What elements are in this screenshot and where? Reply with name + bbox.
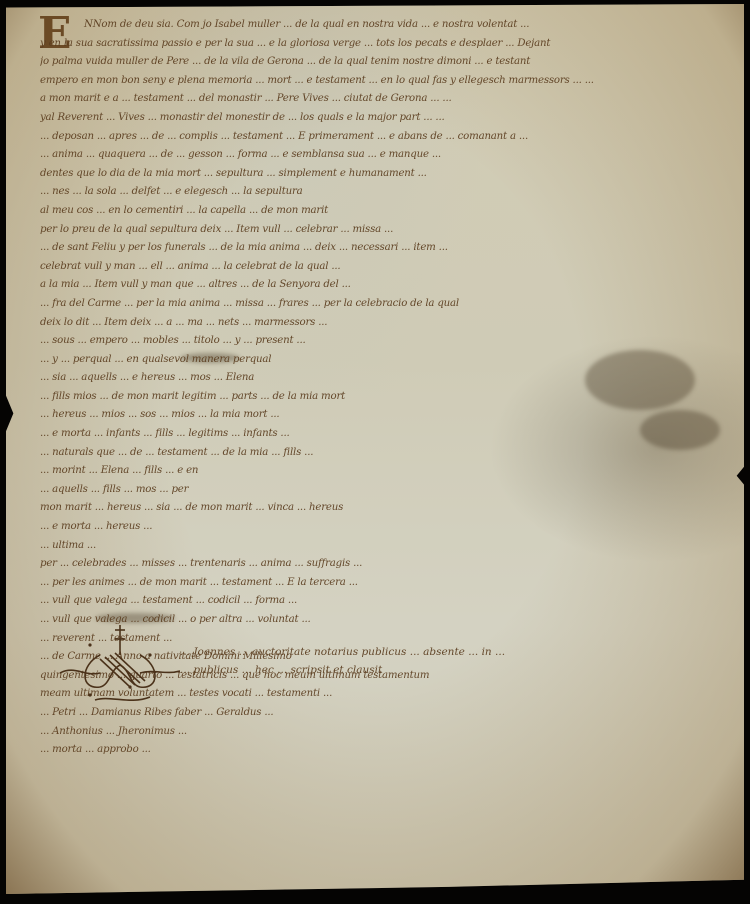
manuscript-line: ... morint ... Elena ... fills ... e en	[40, 462, 720, 481]
manuscript-line: ... Petri ... Damianus Ribes faber ... G…	[40, 704, 720, 723]
manuscript-line: ... Anthonius ... Jheronimus ...	[40, 723, 720, 742]
manuscript-line: ... e morta ... hereus ...	[40, 518, 720, 537]
notary-signum-icon	[60, 625, 180, 705]
subscription-line: ... Joannes ... auctoritate notarius pub…	[180, 643, 720, 661]
manuscript-line: per lo preu de la qual sepultura deix ..…	[40, 221, 720, 240]
manuscript-line: al meu cos ... en lo cementiri ... la ca…	[40, 202, 720, 221]
manuscript-line: ... anima ... quaquera ... de ... gesson…	[40, 146, 720, 165]
manuscript-line: ... fills mios ... de mon marit legitim …	[40, 388, 720, 407]
manuscript-line: deix lo dit ... Item deix ... a ... ma .…	[40, 314, 720, 333]
manuscript-line: ... hereus ... mios ... sos ... mios ...…	[40, 406, 720, 425]
manuscript-line: ... morta ... approbo ...	[40, 741, 720, 760]
manuscript-line: ... deposan ... apres ... de ... complis…	[40, 128, 720, 147]
manuscript-line: mon marit ... hereus ... sia ... de mon …	[40, 499, 720, 518]
subscription-line: ... publicus ... hec ... scripsit et cla…	[180, 661, 720, 679]
manuscript-line: ... e morta ... infants ... fills ... le…	[40, 425, 720, 444]
manuscript-line: ... fra del Carme ... per la mia anima .…	[40, 295, 720, 314]
manuscript-line: per ... celebrades ... misses ... trente…	[40, 555, 720, 574]
manuscript-line: NNom de deu sia. Com jo Isabel muller ..…	[40, 16, 720, 35]
manuscript-line: dentes que lo dia de la mia mort ... sep…	[40, 165, 720, 184]
manuscript-line: ... vull que valega ... testament ... co…	[40, 592, 720, 611]
manuscript-line: a mon marit e a ... testament ... del mo…	[40, 90, 720, 109]
manuscript-line: ... de sant Feliu y per los funerals ...…	[40, 239, 720, 258]
manuscript-line: ... sia ... aquells ... e hereus ... mos…	[40, 369, 720, 388]
manuscript-line: celebrat vull y man ... ell ... anima ..…	[40, 258, 720, 277]
manuscript-line: jo palma vuida muller de Pere ... de la …	[40, 53, 720, 72]
manuscript-line: ... naturals que ... de ... testament ..…	[40, 444, 720, 463]
manuscript-line: yal Reverent ... Vives ... monastir del …	[40, 109, 720, 128]
notarial-subscription: ... Joannes ... auctoritate notarius pub…	[180, 643, 720, 679]
manuscript-line: a la mia ... Item vull y man que ... alt…	[40, 276, 720, 295]
manuscript-line: ... nes ... la sola ... delfet ... e ele…	[40, 183, 720, 202]
manuscript-line: y en la sua sacratissima passio e per la…	[40, 35, 720, 54]
manuscript-line: ... ultima ...	[40, 537, 720, 556]
manuscript-line: ... per les animes ... de mon marit ... …	[40, 574, 720, 593]
manuscript-line: empero en mon bon seny e plena memoria .…	[40, 72, 720, 91]
manuscript-line: ... sous ... empero ... mobles ... titol…	[40, 332, 720, 351]
manuscript-line: ... y ... perqual ... en qualsevol maner…	[40, 351, 720, 370]
manuscript-line: ... aquells ... fills ... mos ... per	[40, 481, 720, 500]
